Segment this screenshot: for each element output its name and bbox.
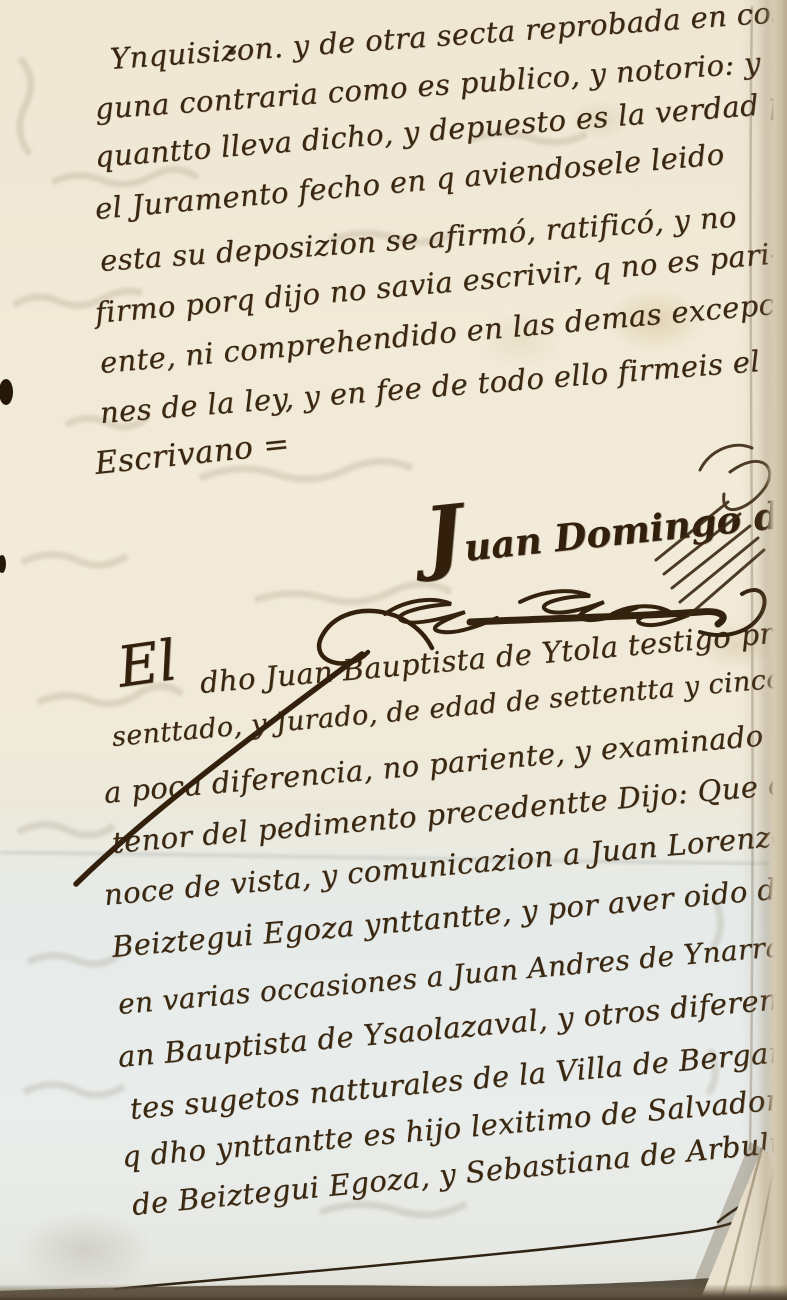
scanned-manuscript-screenshot: { "document": { "kind": "handwritten-man… xyxy=(0,0,787,1300)
paragraph-initial: El xyxy=(113,628,180,701)
page-right-edge xyxy=(741,0,787,1300)
page-bottom-edge xyxy=(0,1284,787,1300)
